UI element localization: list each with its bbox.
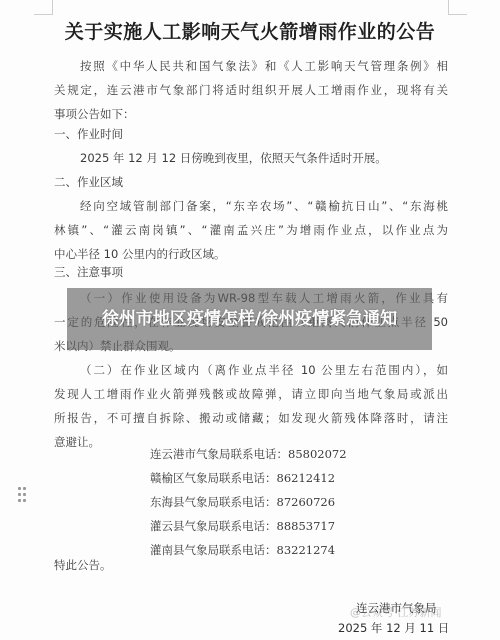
contact-row: 连云港市气象局联系电话：85802072 — [150, 446, 347, 462]
contact-label: 连云港市气象局联系电话： — [150, 447, 288, 461]
section-line: 中心半径 10 公里内的行政区域。 — [54, 246, 225, 262]
section-line: 经向空域管制部门备案，“东辛农场”、“赣榆抗日山”、“东海桃 — [80, 198, 448, 214]
intro-line: 按照《中华人民共和国气象法》和《人工影响天气管理条例》相 — [80, 58, 448, 74]
intro-line: 关规定，连云港市气象部门将适时组织开展人工增雨作业，现将有关 — [54, 82, 448, 98]
page-corner-mark-top-right — [448, 0, 467, 15]
contact-label: 灌南县气象局联系电话： — [150, 543, 277, 557]
notes-item-2-line: 发现人工增雨作业火箭弹残骸或故障弹，请立即向当地气象局或派出 — [54, 386, 448, 402]
notes-item-2-line: 意避让。 — [54, 434, 100, 450]
overlay-headline[interactable]: 徐州市地区疫情怎样/徐州疫情紧急通知 — [92, 307, 407, 331]
contact-label: 赣榆区气象局联系电话： — [150, 471, 277, 485]
contact-phone: 85802072 — [288, 447, 347, 461]
page-corner-mark-top-left — [34, 0, 53, 15]
intro-line: 事项公告如下： — [54, 106, 135, 122]
headline-overlay-banner[interactable]: 徐州市地区疫情怎样/徐州疫情紧急通知 — [67, 288, 432, 350]
contact-label: 灌云县气象局联系电话： — [150, 519, 277, 533]
section-heading: 二、作业区域 — [54, 174, 123, 190]
drag-handle-icon[interactable] — [18, 487, 28, 503]
contact-phone: 83221274 — [277, 543, 336, 557]
notes-item-2-line: 所报告，不可擅自拆除、搬动或储藏；如发现火箭残体降落时，请注 — [54, 410, 448, 426]
section-heading: 三、注意事项 — [54, 264, 123, 280]
closing-text: 特此公告。 — [54, 557, 112, 573]
notes-item-2-line: （二）在作业区域内（离作业点半径 10 公里左右范围内），如 — [80, 362, 448, 378]
document-title: 关于实施人工影响天气火箭增雨作业的公告 — [0, 17, 500, 44]
source-watermark: @公众号·江苏新闻 — [350, 604, 442, 620]
section-line: 2025 年 12 月 12 日傍晚到夜里，依照天气条件适时开展。 — [80, 150, 387, 166]
contact-row: 灌南县气象局联系电话：83221274 — [150, 542, 335, 558]
contact-phone: 86212412 — [277, 471, 336, 485]
contact-phone: 87260726 — [277, 495, 336, 509]
contact-label: 东海县气象局联系电话： — [150, 495, 277, 509]
contact-row: 赣榆区气象局联系电话：86212412 — [150, 470, 335, 486]
contact-row: 东海县气象局联系电话：87260726 — [150, 494, 335, 510]
contact-phone: 88853717 — [277, 519, 336, 533]
section-line: 林镇”、“灌云南岗镇”、“灌南孟兴庄”为增雨作业点，以作业点为 — [54, 222, 448, 238]
section-heading: 一、作业时间 — [54, 126, 123, 142]
signature-date: 2025 年 12 月 11 日 — [338, 620, 449, 636]
contact-row: 灌云县气象局联系电话：88853717 — [150, 518, 335, 534]
